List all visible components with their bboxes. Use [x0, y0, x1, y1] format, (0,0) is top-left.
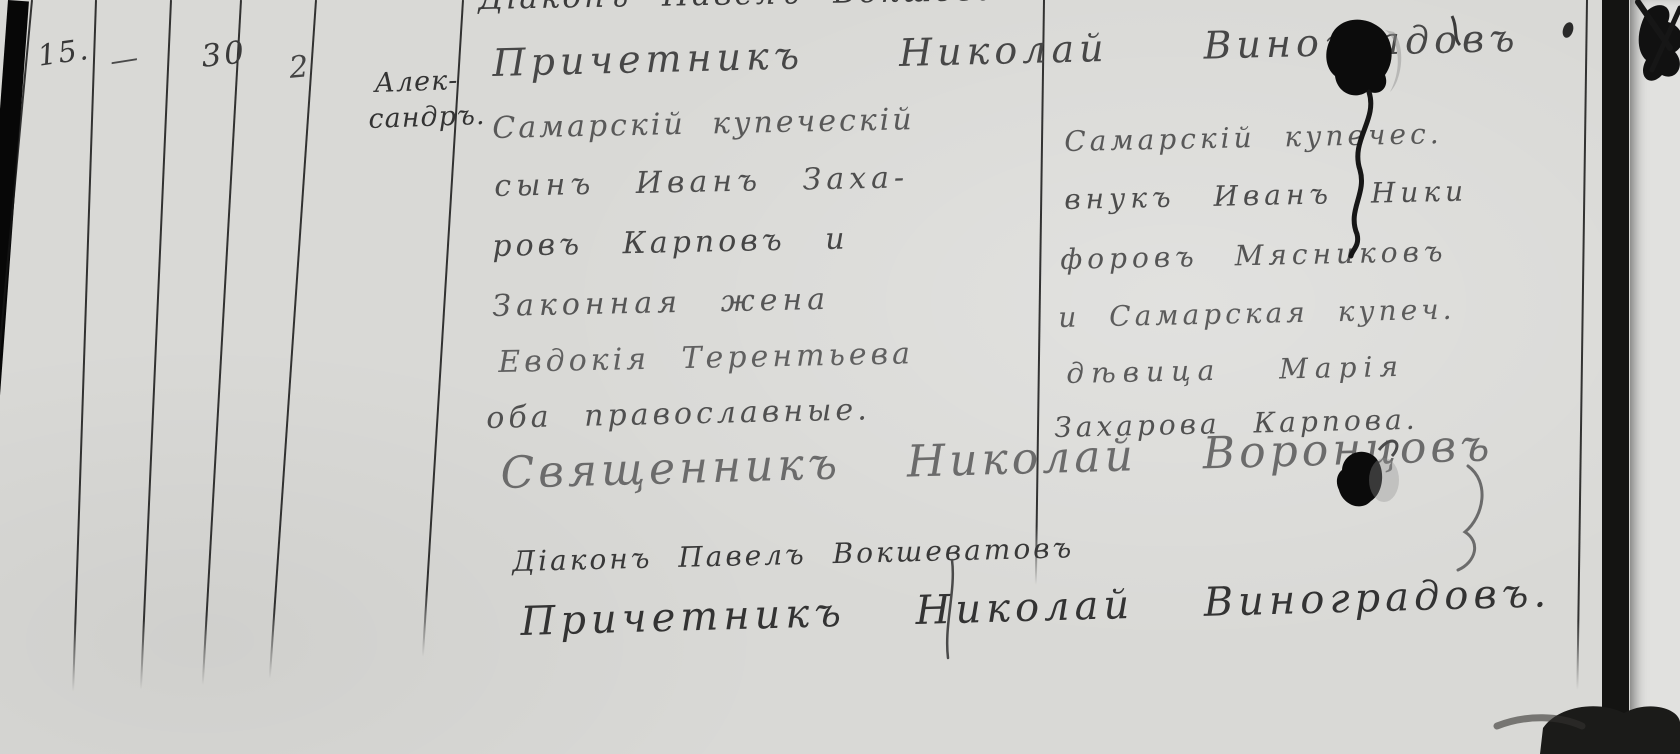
parents-line-1: Причетникъ Николай Виноградовъ: [492, 19, 1520, 82]
ink-speck-small: [1561, 21, 1575, 39]
ink-smudge-streak: [1497, 718, 1582, 726]
deacon-signature: Діаконъ Павелъ Вокшеватовъ: [512, 534, 1075, 576]
column-divider-middle: [1035, 0, 1045, 585]
adjacent-page-margin: [1630, 0, 1680, 754]
parents-line-4: ровъ Карповъ и: [492, 225, 849, 262]
godparents-line-2: внукъ Иванъ Ники: [1064, 178, 1468, 214]
godparents-line-4: и Самарская купеч.: [1058, 296, 1456, 332]
parents-line-6: Евдокія Терентьева: [498, 339, 914, 378]
ink-drip: [1351, 92, 1371, 256]
child-name-line-1: Алек-: [374, 67, 459, 97]
parents-line-7: оба православные.: [486, 395, 871, 434]
parents-line-3: сынъ Иванъ Заха-: [494, 163, 909, 202]
metric-book-page: 15. — 30 2 Алек- сандръ. Діаконъ Павелъ …: [0, 0, 1680, 754]
godparents-line-5: дѣвица Марія: [1066, 353, 1405, 388]
baptism-day: 2: [288, 52, 310, 84]
column-rule-5: [422, 0, 464, 657]
priest-signature: Священникъ Николай Воронцовъ: [500, 424, 1494, 496]
column-rule-3: [202, 0, 242, 685]
child-name-line-2: сандръ.: [368, 102, 486, 133]
birth-day: 30: [200, 37, 248, 73]
right-page-rule: [1576, 0, 1588, 690]
godparents-line-1: Самарскій купечес.: [1064, 120, 1443, 156]
godparents-line-3: форовъ Мясниковъ: [1060, 238, 1448, 274]
parents-line-2: Самарскій купеческій: [492, 105, 915, 144]
column-rule-1: [72, 0, 97, 692]
priest-flourish: [1458, 466, 1482, 570]
column-rule-2: [140, 0, 172, 689]
entry-number-female: —: [108, 44, 140, 76]
parents-line-5: Законная жена: [492, 285, 830, 322]
column-rule-4: [269, 0, 317, 679]
entry-number-male: 15.: [36, 35, 92, 71]
left-binding-bar: [0, 0, 29, 742]
clipped-top-line: Діаконъ Павелъ Вокшеватовъ: [478, 0, 1097, 15]
page-binding-edge: [1602, 0, 1629, 754]
